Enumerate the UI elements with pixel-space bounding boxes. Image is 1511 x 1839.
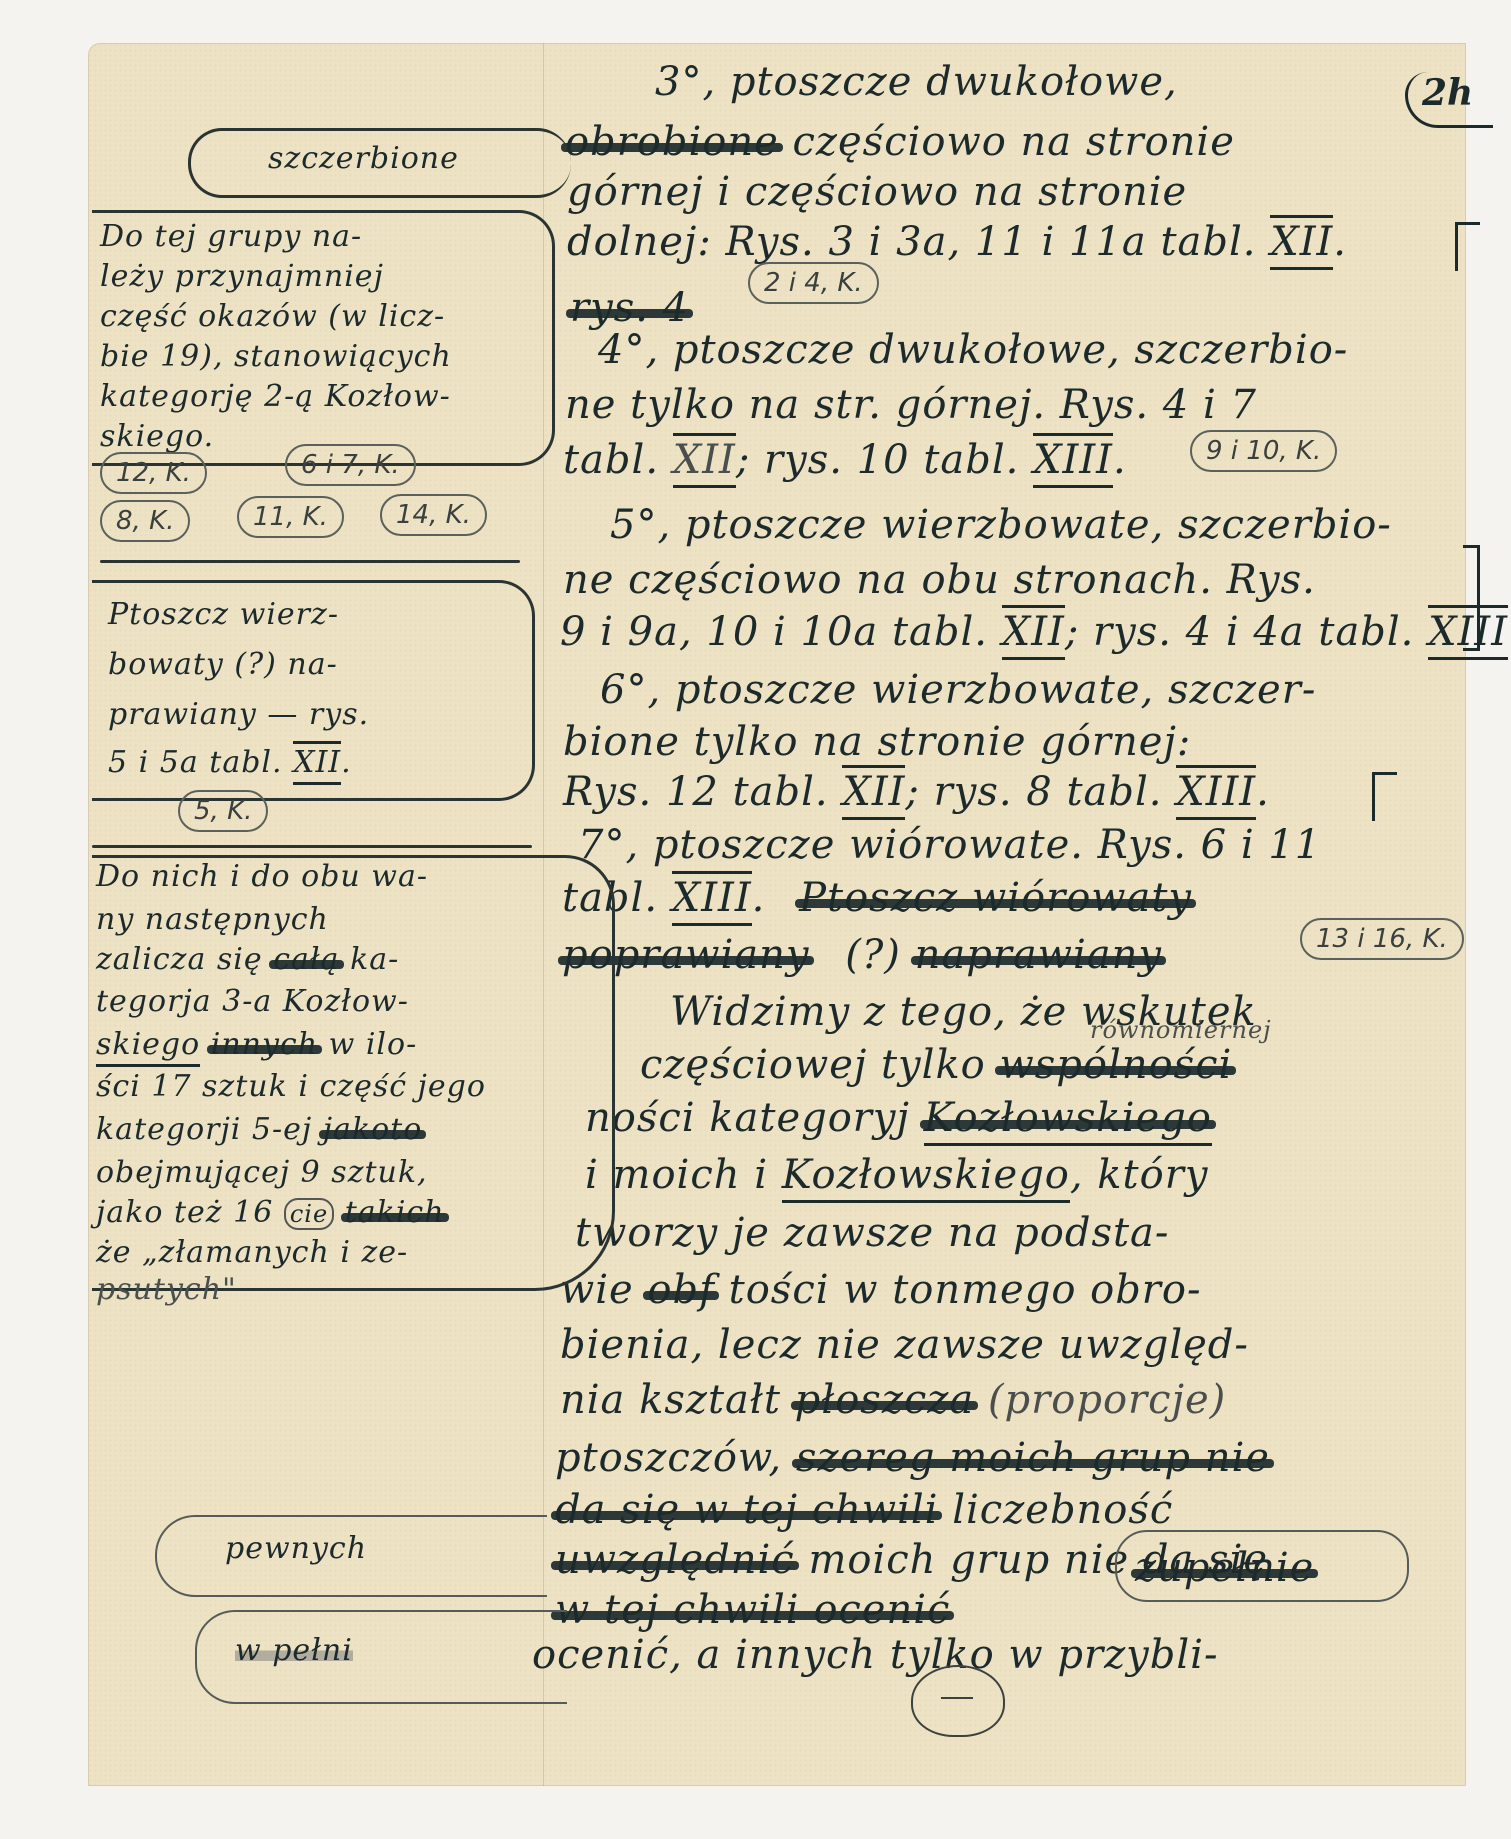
margin-note-3-line: że „złamanych i ze- bbox=[96, 1238, 408, 1268]
main-line-30: ocenić, a innych tylko w przybli- bbox=[532, 1635, 1218, 1675]
margin-note-1-line: bie 19), stanowiących bbox=[100, 342, 452, 372]
margin-note-1-line: skiego. bbox=[100, 422, 214, 452]
reference-bubble: 14, K. bbox=[380, 494, 487, 536]
main-line-13: bione tylko na stronie górnej: bbox=[563, 722, 1191, 762]
main-line-6: 4°, ptoszcze dwukołowe, szczerbio- bbox=[598, 330, 1348, 370]
divider bbox=[100, 560, 520, 563]
insertion-loop-mark bbox=[911, 1665, 1005, 1737]
margin-note-3-line: Do nich i do obu wa- bbox=[96, 862, 428, 892]
margin-note-3-line: zalicza się całą ka- bbox=[96, 945, 399, 975]
main-line-4: dolnej: Rys. 3 i 3a, 11 i 11a tabl. XII. bbox=[567, 222, 1347, 262]
main-line-2: obrobione częściowo na stronie bbox=[565, 122, 1235, 162]
margin-note-3-line: tegorja 3-a Kozłow- bbox=[96, 987, 409, 1017]
main-line-5: rys. 4 bbox=[570, 288, 689, 328]
margin-word-w-pelni: w pełni bbox=[235, 1636, 353, 1666]
superscript-insertion: równomiernej bbox=[1090, 1018, 1272, 1042]
margin-note-2-line: prawiany — rys. bbox=[108, 700, 369, 730]
main-line-10: ne częściowo na obu stronach. Rys. bbox=[563, 560, 1316, 600]
main-line-21: i moich i Kozłowskiego, który bbox=[585, 1155, 1208, 1195]
reference-bubble: 13 i 16, K. bbox=[1300, 918, 1464, 960]
margin-note-2-line: Ptoszcz wierz- bbox=[108, 600, 339, 630]
main-line-14: Rys. 12 tabl. XII; rys. 8 tabl. XIII. bbox=[563, 772, 1270, 812]
main-line-11: 9 i 9a, 10 i 10a tabl. XII; rys. 4 i 4a … bbox=[560, 612, 1508, 652]
main-line-16: tabl. XIII. Ptoszcz wiórowaty bbox=[562, 878, 1192, 918]
main-line-17: poprawiany (?) naprawiany bbox=[562, 935, 1162, 975]
roman-numeral: XII bbox=[1270, 215, 1333, 270]
margin-note-1-line: część okazów (w licz- bbox=[100, 302, 445, 332]
margin-note-3-line: ny następnych bbox=[96, 905, 329, 935]
main-line-8: tabl. XII; rys. 10 tabl. XIII. bbox=[563, 440, 1127, 480]
main-line-29: w tej chwili ocenić bbox=[555, 1590, 950, 1630]
margin-note-2-line: bowaty (?) na- bbox=[108, 650, 338, 680]
main-line-26: ptoszczów, szereg moich grup nie bbox=[555, 1438, 1270, 1478]
reference-bubble: 9 i 10, K. bbox=[1190, 430, 1337, 472]
main-line-1: 3°, ptoszcze dwukołowe, bbox=[655, 62, 1178, 102]
insert-bracket bbox=[1372, 772, 1397, 821]
main-line-25: nia kształt płoszcza (proporcje) bbox=[560, 1380, 1226, 1420]
main-line-12: 6°, ptoszcze wierzbowate, szczer- bbox=[600, 670, 1316, 710]
main-line-22: tworzy je zawsze na podsta- bbox=[575, 1213, 1169, 1253]
reference-bubble: 11, K. bbox=[237, 496, 344, 538]
insert-bracket bbox=[1463, 545, 1480, 651]
margin-note-3-line: obejmującej 9 sztuk, bbox=[96, 1158, 428, 1188]
page-number: 2h bbox=[1405, 72, 1493, 128]
main-line-3: górnej i częściowo na stronie bbox=[567, 172, 1187, 212]
margin-note-3-line: ści 17 sztuk i część jego bbox=[96, 1072, 486, 1102]
insert-bracket bbox=[1455, 222, 1480, 271]
reference-bubble: 5, K. bbox=[178, 790, 268, 832]
margin-note-1-line: Do tej grupy na- bbox=[100, 222, 362, 252]
reference-bubble: 12, K. bbox=[100, 452, 207, 494]
margin-note-3-line: kategorji 5-ej jakoto bbox=[96, 1115, 422, 1145]
boxed-struck-word: zupełnie bbox=[1135, 1548, 1314, 1588]
margin-note-2-line: 5 i 5a tabl. XII. bbox=[108, 748, 352, 778]
main-line-15: 7°, ptoszcze wiórowate. Rys. 6 i 11 bbox=[578, 825, 1321, 865]
margin-note-1-line: leży przynajmniej bbox=[100, 262, 384, 292]
divider bbox=[92, 845, 532, 848]
main-line-23: wie obf tości w tonmego obro- bbox=[560, 1270, 1202, 1310]
main-line-27: da się w tej chwili liczebność bbox=[555, 1490, 1173, 1530]
main-line-20: ności kategoryj Kozłowskiego bbox=[585, 1098, 1212, 1138]
main-line-24: bienia, lecz nie zawsze uwzględ- bbox=[560, 1325, 1249, 1365]
reference-bubble: 6 i 7, K. bbox=[285, 444, 416, 486]
margin-note-3-line: psutych" bbox=[96, 1275, 237, 1305]
reference-bubble: 8, K. bbox=[100, 500, 190, 542]
margin-word-pewnych: pewnych bbox=[225, 1534, 367, 1564]
margin-note-3-line: skiego innych w ilo- bbox=[96, 1030, 417, 1060]
reference-bubble: 2 i 4, K. bbox=[748, 262, 879, 304]
margin-note-3-line: jako też 16 cie takich bbox=[96, 1198, 445, 1228]
margin-word-szczerbione: szczerbione bbox=[268, 144, 459, 174]
main-line-7: ne tylko na str. górnej. Rys. 4 i 7 bbox=[565, 385, 1257, 425]
main-line-19: częściowej tylko wspólności bbox=[640, 1045, 1232, 1085]
margin-note-1-line: kategorję 2-ą Kozłow- bbox=[100, 382, 451, 412]
main-line-9: 5°, ptoszcze wierzbowate, szczerbio- bbox=[610, 505, 1392, 545]
struck-word: obrobione bbox=[565, 119, 779, 165]
